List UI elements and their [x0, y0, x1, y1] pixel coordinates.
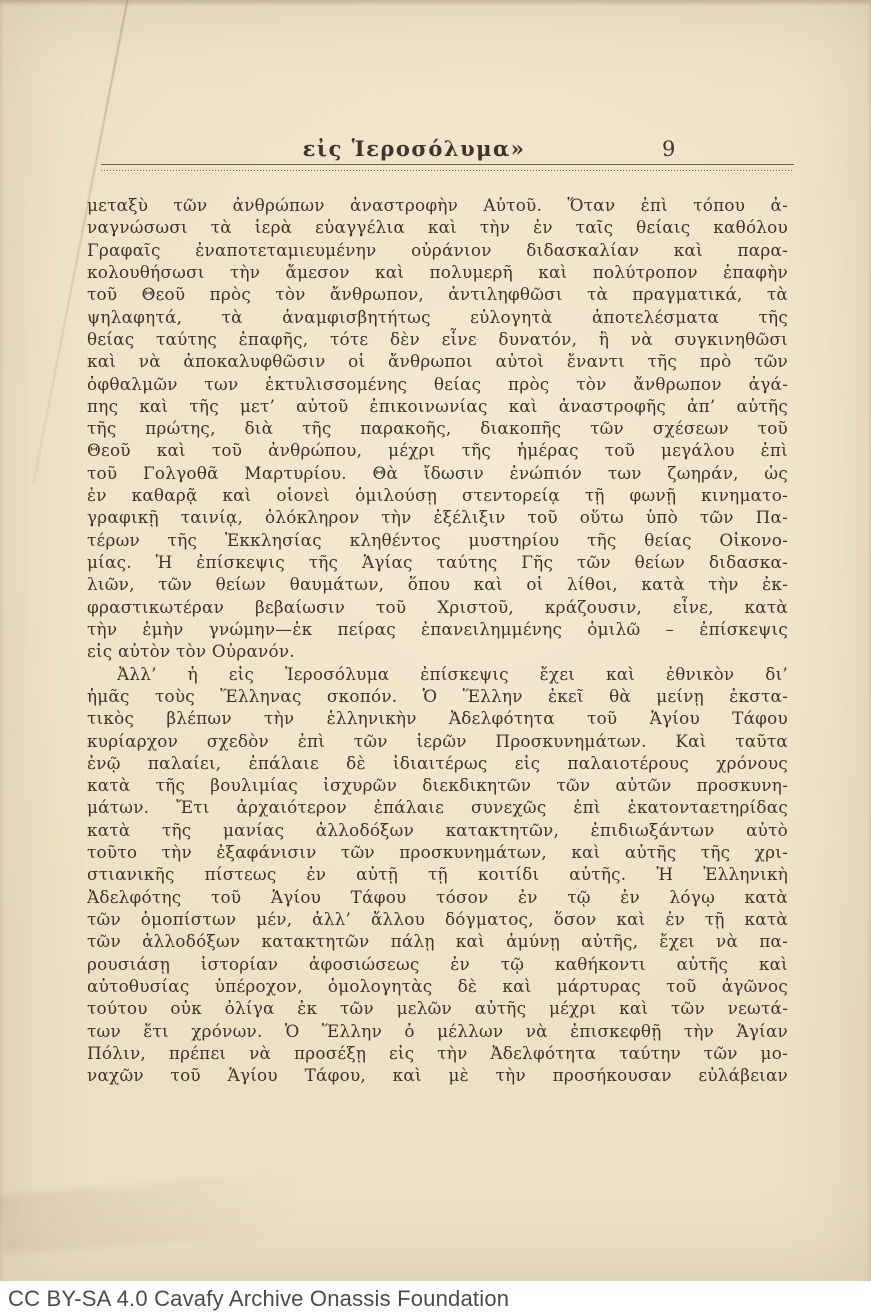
text-line: μεταξὺ τῶν ἀνθρώπων ἀναστροφὴν Αὐτοῦ. Ὅτ… — [87, 194, 788, 216]
text-line: τῶν ὁμοπίστων μέν, ἀλλ’ ἄλλου δόγματος, … — [87, 908, 788, 930]
text-line: καὶ νὰ ἀποκαλυφθῶσιν οἱ ἄνθρωποι αὐτοὶ ἔ… — [87, 350, 788, 372]
scanned-page: εἰς Ἱεροσόλυμα» 9 μεταξὺ τῶν ἀνθρώπων ἀν… — [0, 0, 871, 1281]
text-line: τούτου οὐκ ὀλίγα ἐκ τῶν μελῶν αὐτῆς μέχρ… — [87, 997, 788, 1019]
text-line: τῶν ἀλλοδόξων κατακτητῶν πάλῃ καὶ ἀμύνῃ … — [87, 930, 788, 952]
text-line: τικὸς βλέπων τὴν ἑλληνικὴν Ἀδελφότητα το… — [87, 707, 788, 729]
text-line: στιανικῆς πίστεως ἐν αὐτῇ τῇ κοιτίδι αὐτ… — [87, 863, 788, 885]
text-line: των ἔτι χρόνων. Ὁ Ἕλλην ὁ μέλλων νὰ ἐπισ… — [87, 1020, 788, 1042]
header-rule-dotted — [101, 170, 794, 172]
header-rule-solid — [101, 164, 794, 165]
text-line: ναγνώσωσι τὰ ἱερὰ εὐαγγέλια καὶ τὴν ἐν τ… — [87, 216, 788, 238]
text-line: Ἀδελφότης τοῦ Ἁγίου Τάφου τόσον ἐν τῷ ἐν… — [87, 886, 788, 908]
text-line: μίας. Ἡ ἐπίσκεψις τῆς Ἁγίας ταύτης Γῆς τ… — [87, 551, 788, 573]
text-line: κυρίαρχον σχεδὸν ἐπὶ τῶν ἱερῶν Προσκυνημ… — [87, 730, 788, 752]
text-line: αὐτοθυσίας ὑπέροχον, ὁμολογητὰς δὲ καὶ μ… — [87, 975, 788, 997]
text-line: Πόλιν, πρέπει νὰ προσέξῃ εἰς τὴν Ἀδελφότ… — [87, 1042, 788, 1064]
text-line: κατὰ τῆς μανίας ἀλλοδόξων κατακτητῶν, ἐπ… — [87, 819, 788, 841]
text-line: ἐνῷ παλαίει, ἐπάλαιε δὲ ἰδιαιτέρως εἰς π… — [87, 752, 788, 774]
text-line: ὀφθαλμῶν των ἐκτυλισσομένης θείας πρὸς τ… — [87, 373, 788, 395]
text-line: πης καὶ τῆς μετ’ αὐτοῦ ἐπικοινωνίας καὶ … — [87, 395, 788, 417]
text-line: θείας ταύτης ἐπαφῆς, τότε δὲν εἶνε δυνατ… — [87, 328, 788, 350]
text-line: Θεοῦ καὶ τοῦ ἀνθρώπου, μέχρι τῆς ἡμέρας … — [87, 439, 788, 461]
running-title: εἰς Ἱεροσόλυμα» — [303, 136, 526, 161]
paper-wrinkle — [0, 1165, 422, 1254]
text-line: ρουσιάσῃ ἱστορίαν ἀφοσιώσεως ἐν τῷ καθήκ… — [87, 953, 788, 975]
body-text: μεταξὺ τῶν ἀνθρώπων ἀναστροφὴν Αὐτοῦ. Ὅτ… — [87, 194, 788, 1087]
text-line: τέρων τῆς Ἐκκλησίας κληθέντος μυστηρίου … — [87, 529, 788, 551]
text-line: τοῦ Γολγοθᾶ Μαρτυρίου. Θὰ ἴδωσιν ἐνώπιόν… — [87, 462, 788, 484]
text-line: Γραφαῖς ἐναποτεταμιευμένην οὐράνιον διδα… — [87, 239, 788, 261]
text-line: Ἀλλ’ ἡ εἰς Ἱεροσόλυμα ἐπίσκεψις ἔχει καὶ… — [87, 663, 788, 685]
license-bar: CC BY-SA 4.0 Cavafy Archive Onassis Foun… — [0, 1281, 871, 1316]
text-line: λιῶν, τῶν θείων θαυμάτων, ὅπου καὶ οἱ λί… — [87, 573, 788, 595]
text-line: τῆς πρώτης, διὰ τῆς παρακοῆς, διακοπῆς τ… — [87, 417, 788, 439]
scanned-document-view: εἰς Ἱεροσόλυμα» 9 μεταξὺ τῶν ἀνθρώπων ἀν… — [0, 0, 871, 1316]
text-line: ναχῶν τοῦ Ἁγίου Τάφου, καὶ μὲ τὴν προσήκ… — [87, 1064, 788, 1086]
text-line: ψηλαφητά, τὰ ἀναμφισβητήτως εὐλογητὰ ἀπο… — [87, 306, 788, 328]
text-line: μάτων. Ἔτι ἀρχαιότερον ἐπάλαιε συνεχῶς ἐ… — [87, 796, 788, 818]
text-line: κολουθήσωσι τὴν ἄμεσον καὶ πολυμερῆ καὶ … — [87, 261, 788, 283]
running-head: εἰς Ἱεροσόλυμα» — [0, 136, 828, 161]
page-number: 9 — [662, 137, 675, 161]
text-line: γραφικῇ ταινίᾳ, ὁλόκληρον τὴν ἐξέλιξιν τ… — [87, 506, 788, 528]
text-line: τὴν ἐμὴν γνώμην—ἐκ πείρας ἐπανειλημμένης… — [87, 618, 788, 640]
text-line: ἐν καθαρᾷ καὶ οἱονεὶ ὁμιλούσῃ στεντορείᾳ… — [87, 484, 788, 506]
text-line: κατὰ τῆς βουλιμίας ἰσχυρῶν διεκδικητῶν τ… — [87, 774, 788, 796]
text-line: φραστικωτέραν βεβαίωσιν τοῦ Χριστοῦ, κρά… — [87, 596, 788, 618]
text-line: εἰς αὐτὸν τὸν Οὐρανόν. — [87, 640, 788, 662]
text-line: ἡμᾶς τοὺς Ἕλληνας σκοπόν. Ὁ Ἕλλην ἐκεῖ θ… — [87, 685, 788, 707]
license-text: CC BY-SA 4.0 Cavafy Archive Onassis Foun… — [0, 1286, 509, 1312]
text-line: τοῦ Θεοῦ πρὸς τὸν ἄνθρωπον, ἀντιληφθῶσι … — [87, 283, 788, 305]
text-line: τοῦτο τὴν ἐξαφάνισιν τῶν προσκυνημάτων, … — [87, 841, 788, 863]
